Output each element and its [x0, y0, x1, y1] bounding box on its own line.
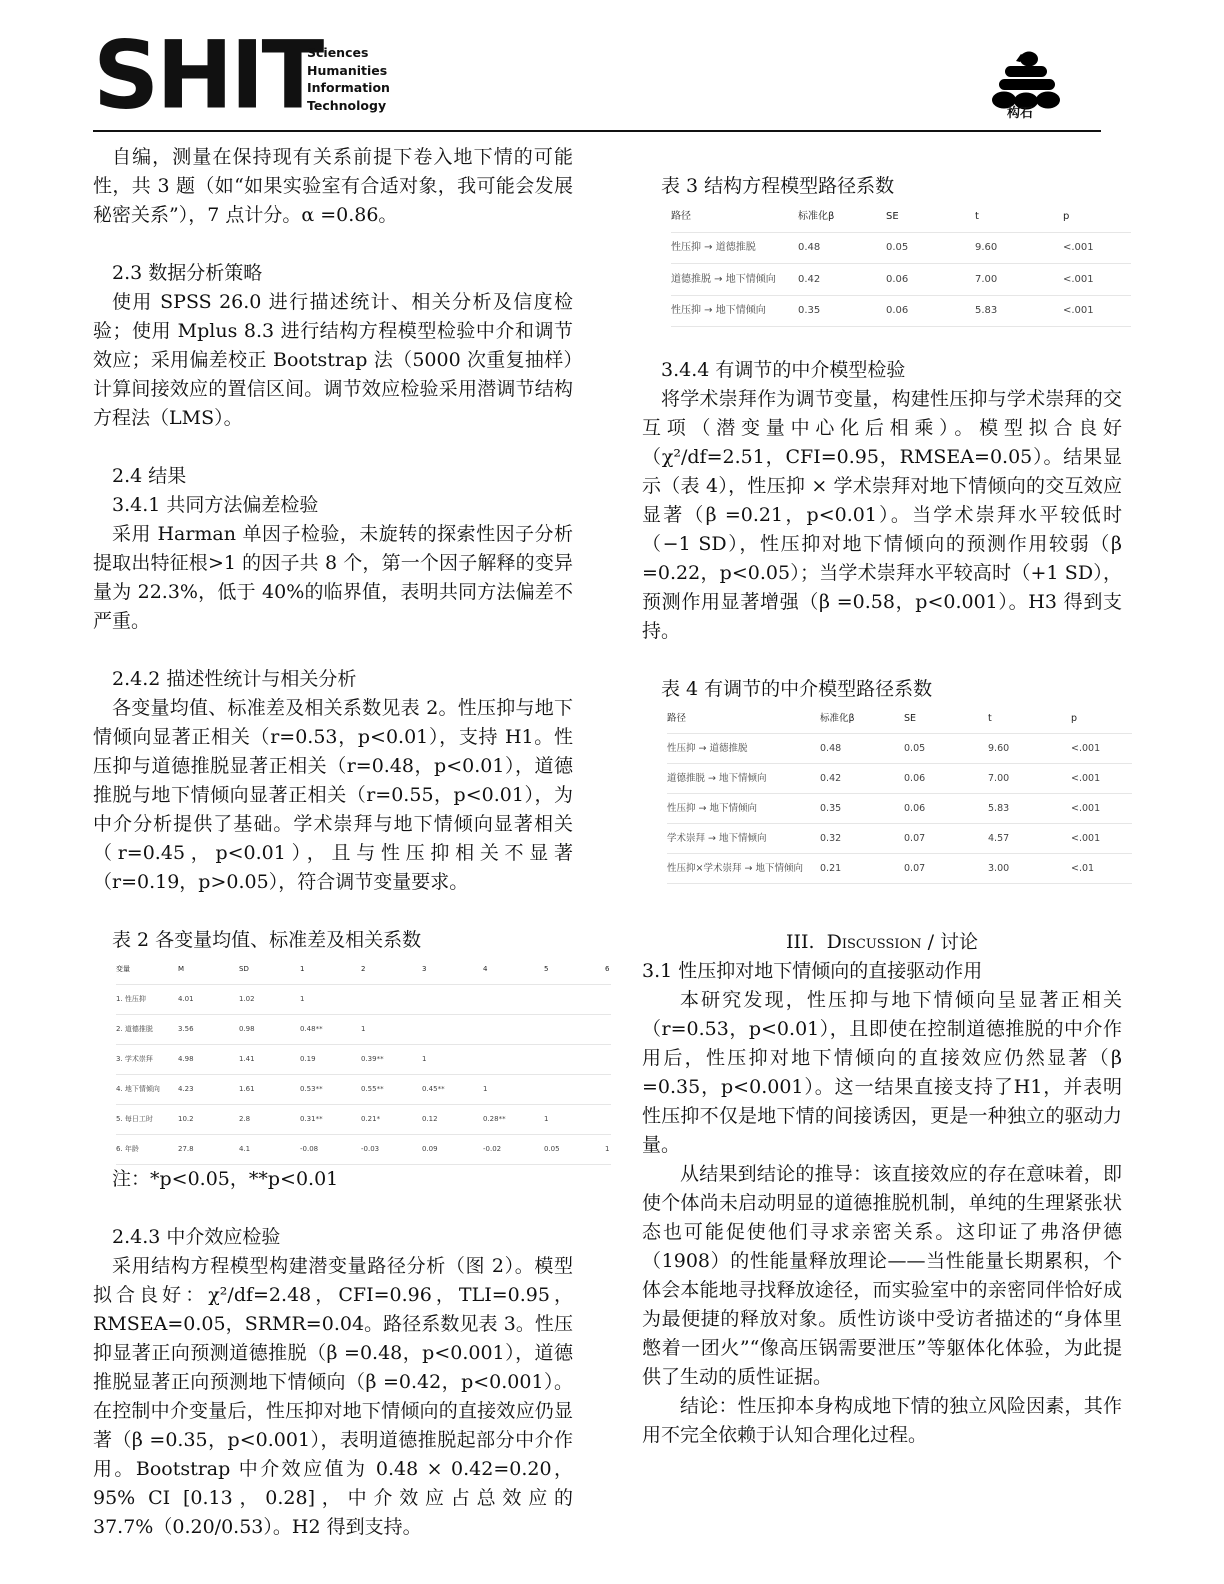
table-cell: 3.00: [988, 854, 1071, 884]
table-cell: 9.60: [988, 734, 1071, 764]
table-cell: 性压抑 → 道德推脱: [671, 232, 798, 264]
logo-subtitle-line: Information: [307, 79, 390, 97]
table-title: 表 3 结构方程模型路径系数: [642, 172, 1122, 201]
section-heading: 2.3 数据分析策略: [93, 259, 573, 288]
table-cell: 4. 地下情倾向: [116, 1075, 178, 1105]
table-cell: 2. 道德推脱: [116, 1015, 178, 1045]
logo-subtitle-line: Humanities: [307, 62, 390, 80]
table-cell: [544, 1075, 605, 1105]
table-row: 性压抑 → 地下情倾向0.350.065.83<.001: [671, 295, 1131, 327]
discussion-heading: III. Discussion / 讨论: [642, 928, 1122, 957]
table-cell: <.001: [1063, 295, 1131, 327]
table-cell: [605, 1015, 611, 1045]
section-numeral: III.: [786, 931, 815, 953]
column-header: 1: [300, 955, 361, 985]
table-cell: 0.19: [300, 1045, 361, 1075]
table-cell: 1: [483, 1075, 544, 1105]
table-header-row: 路径 标准化β SE t p: [667, 704, 1132, 734]
table-cell: 7.00: [988, 764, 1071, 794]
table-cell: 0.53**: [300, 1075, 361, 1105]
table-cell: <.001: [1071, 764, 1132, 794]
table-cell: 5.83: [975, 295, 1063, 327]
table-row: 学术崇拜 → 地下情倾向0.320.074.57<.001: [667, 824, 1132, 854]
table-cell: 性压抑×学术崇拜 → 地下情倾向: [667, 854, 820, 884]
table-cell: 4.98: [178, 1045, 239, 1075]
table-cell: [361, 985, 422, 1015]
table-cell: [605, 1075, 611, 1105]
column-header: M: [178, 955, 239, 985]
table-row: 性压抑×学术崇拜 → 地下情倾向0.210.073.00<.01: [667, 854, 1132, 884]
table-cell: 0.07: [904, 854, 988, 884]
column-header: 路径: [671, 201, 798, 232]
table-cell: [483, 1015, 544, 1045]
table-row: 5. 每日工时10.22.80.31**0.21*0.120.28**1: [116, 1105, 611, 1135]
logo-subtitle-line: Sciences: [307, 44, 390, 62]
table-cell: 1.41: [239, 1045, 300, 1075]
paragraph: 使用 SPSS 26.0 进行描述统计、相关分析及信度检验；使用 Mplus 8…: [93, 288, 573, 433]
column-header: 路径: [667, 704, 820, 734]
table-title: 表 4 有调节的中介模型路径系数: [642, 675, 1122, 704]
table-cell: [483, 1045, 544, 1075]
path-coefficient-table: 路径 标准化β SE t p 性压抑 → 道德推脱0.480.059.60<.0…: [671, 201, 1131, 327]
table-cell: 0.07: [904, 824, 988, 854]
journal-logo: SHIT: [93, 35, 321, 117]
table-cell: [422, 1015, 483, 1045]
column-header: 变量: [116, 955, 178, 985]
paragraph: 结论：性压抑本身构成地下情的独立风险因素，其作用不完全依赖于认知合理化过程。: [642, 1392, 1122, 1450]
column-header: 标准化β: [820, 704, 904, 734]
column-header: 2: [361, 955, 422, 985]
brand-name: 构石: [1007, 102, 1033, 121]
column-header: t: [975, 201, 1063, 232]
left-column: 自编，测量在保持现有关系前提下卷入地下情的可能性，共 3 题（如“如果实验室有合…: [93, 143, 573, 1542]
table-cell: 0.06: [886, 264, 975, 296]
table-cell: 1: [605, 1135, 611, 1165]
table-cell: 0.48**: [300, 1015, 361, 1045]
table-cell: <.001: [1071, 794, 1132, 824]
table-row: 6. 年龄27.84.1-0.08-0.030.09-0.020.051: [116, 1135, 611, 1165]
table-cell: [544, 1015, 605, 1045]
section-heading: 2.4 结果: [93, 462, 573, 491]
table-cell: 0.42: [820, 764, 904, 794]
table-cell: [605, 1105, 611, 1135]
table-cell: [422, 985, 483, 1015]
table-cell: -0.02: [483, 1135, 544, 1165]
table-header-row: 变量 M SD 1 2 3 4 5 6: [116, 955, 611, 985]
paragraph: 将学术崇拜作为调节变量，构建性压抑与学术崇拜的交互项（潜变量中心化后相乘）。模型…: [642, 385, 1122, 646]
column-header: SE: [886, 201, 975, 232]
table-cell: 0.28**: [483, 1105, 544, 1135]
table-cell: 0.48: [798, 232, 886, 264]
column-header: p: [1071, 704, 1132, 734]
table-cell: 0.05: [886, 232, 975, 264]
table-cell: <.001: [1063, 232, 1131, 264]
table-cell: 0.06: [904, 764, 988, 794]
table-row: 道德推脱 → 地下情倾向0.420.067.00<.001: [667, 764, 1132, 794]
table-row: 道德推脱 → 地下情倾向0.420.067.00<.001: [671, 264, 1131, 296]
column-header: 4: [483, 955, 544, 985]
table-row: 性压抑 → 道德推脱0.480.059.60<.001: [671, 232, 1131, 264]
table-cell: [544, 1045, 605, 1075]
table-cell: 0.39**: [361, 1045, 422, 1075]
table-cell: 0.05: [544, 1135, 605, 1165]
table-cell: 0.09: [422, 1135, 483, 1165]
paragraph: 采用 Harman 单因子检验，未旋转的探索性因子分析提取出特征根>1 的因子共…: [93, 520, 573, 636]
table-header-row: 路径 标准化β SE t p: [671, 201, 1131, 232]
table-cell: 0.35: [820, 794, 904, 824]
moderated-mediation-table: 路径 标准化β SE t p 性压抑 → 道德推脱0.480.059.60<.0…: [667, 704, 1132, 884]
table-row: 3. 学术崇拜4.981.410.190.39**1: [116, 1045, 611, 1075]
table-cell: 1: [544, 1105, 605, 1135]
table-cell: 1: [422, 1045, 483, 1075]
table-cell: 性压抑 → 地下情倾向: [671, 295, 798, 327]
table-cell: 0.32: [820, 824, 904, 854]
table-cell: 3. 学术崇拜: [116, 1045, 178, 1075]
logo-subtitle-line: Technology: [307, 97, 390, 115]
correlation-table: 变量 M SD 1 2 3 4 5 6 1. 性压抑4.011.0212. 道德…: [116, 955, 611, 1165]
table-cell: 3.56: [178, 1015, 239, 1045]
table-row: 1. 性压抑4.011.021: [116, 985, 611, 1015]
table-cell: 1.02: [239, 985, 300, 1015]
table-cell: [483, 985, 544, 1015]
column-header: 3: [422, 955, 483, 985]
table-row: 4. 地下情倾向4.231.610.53**0.55**0.45**1: [116, 1075, 611, 1105]
column-header: 5: [544, 955, 605, 985]
table-cell: 1: [361, 1015, 422, 1045]
table-cell: 4.23: [178, 1075, 239, 1105]
section-heading: 2.4.3 中介效应检验: [93, 1223, 573, 1252]
table-cell: 性压抑 → 道德推脱: [667, 734, 820, 764]
table-cell: 0.21*: [361, 1105, 422, 1135]
column-header: 标准化β: [798, 201, 886, 232]
paragraph: 本研究发现，性压抑与地下情倾向呈显著正相关（r=0.53，p<0.01），且即使…: [642, 986, 1122, 1160]
table-cell: 性压抑 → 地下情倾向: [667, 794, 820, 824]
section-heading: 3.4.1 共同方法偏差检验: [93, 491, 573, 520]
table-title: 表 2 各变量均值、标准差及相关系数: [93, 926, 573, 955]
table-cell: -0.08: [300, 1135, 361, 1165]
table-cell: 0.48: [820, 734, 904, 764]
table-cell: 27.8: [178, 1135, 239, 1165]
table-cell: 学术崇拜 → 地下情倾向: [667, 824, 820, 854]
section-title: Discussion: [827, 931, 922, 953]
table-cell: <.001: [1063, 264, 1131, 296]
table-cell: -0.03: [361, 1135, 422, 1165]
table-cell: 0.35: [798, 295, 886, 327]
table-cell: 0.45**: [422, 1075, 483, 1105]
journal-logo-subtitle: Sciences Humanities Information Technolo…: [307, 44, 390, 114]
table-note: 注：*p<0.05，**p<0.01: [93, 1165, 573, 1194]
column-header: 6: [605, 955, 611, 985]
table-cell: 7.00: [975, 264, 1063, 296]
table-cell: <.001: [1071, 824, 1132, 854]
paragraph: 自编，测量在保持现有关系前提下卷入地下情的可能性，共 3 题（如“如果实验室有合…: [93, 143, 573, 230]
right-column: 表 3 结构方程模型路径系数 路径 标准化β SE t p 性压抑 → 道德推脱…: [642, 143, 1122, 1450]
table-cell: 6. 年龄: [116, 1135, 178, 1165]
table-cell: [605, 1045, 611, 1075]
section-heading: 3.1 性压抑对地下情倾向的直接驱动作用: [642, 957, 1122, 986]
table-cell: <.001: [1071, 734, 1132, 764]
column-header: SE: [904, 704, 988, 734]
journal-header: SHIT Sciences Humanities Information Tec…: [93, 40, 1103, 130]
table-cell: 2.8: [239, 1105, 300, 1135]
table-cell: 0.98: [239, 1015, 300, 1045]
table-cell: 0.42: [798, 264, 886, 296]
paragraph: 从结果到结论的推导：该直接效应的存在意味着，即使个体尚未启动明显的道德推脱机制，…: [642, 1160, 1122, 1392]
table-row: 性压抑 → 道德推脱0.480.059.60<.001: [667, 734, 1132, 764]
table-cell: 10.2: [178, 1105, 239, 1135]
table-row: 性压抑 → 地下情倾向0.350.065.83<.001: [667, 794, 1132, 824]
table-cell: 4.01: [178, 985, 239, 1015]
table-cell: 5.83: [988, 794, 1071, 824]
table-cell: 5. 每日工时: [116, 1105, 178, 1135]
table-cell: 4.57: [988, 824, 1071, 854]
column-header: t: [988, 704, 1071, 734]
table-cell: 0.21: [820, 854, 904, 884]
section-heading: 2.4.2 描述性统计与相关分析: [93, 665, 573, 694]
table-cell: [544, 985, 605, 1015]
table-cell: 0.31**: [300, 1105, 361, 1135]
table-cell: 0.55**: [361, 1075, 422, 1105]
paragraph: 各变量均值、标准差及相关系数见表 2。性压抑与地下情倾向显著正相关（r=0.53…: [93, 694, 573, 897]
table-cell: 0.06: [886, 295, 975, 327]
table-cell: 1. 性压抑: [116, 985, 178, 1015]
table-cell: 0.06: [904, 794, 988, 824]
section-title-cn: / 讨论: [928, 931, 978, 953]
table-cell: 9.60: [975, 232, 1063, 264]
table-cell: 道德推脱 → 地下情倾向: [667, 764, 820, 794]
column-header: p: [1063, 201, 1131, 232]
paragraph: 采用结构方程模型构建潜变量路径分析（图 2）。模型拟合良好：χ²/df=2.48…: [93, 1252, 573, 1542]
column-header: SD: [239, 955, 300, 985]
table-cell: 1: [300, 985, 361, 1015]
table-cell: <.01: [1071, 854, 1132, 884]
table-cell: 道德推脱 → 地下情倾向: [671, 264, 798, 296]
section-heading: 3.4.4 有调节的中介模型检验: [642, 356, 1122, 385]
table-cell: 0.05: [904, 734, 988, 764]
table-cell: 0.12: [422, 1105, 483, 1135]
table-cell: [605, 985, 611, 1015]
table-cell: 4.1: [239, 1135, 300, 1165]
header-divider: [93, 130, 1101, 132]
table-row: 2. 道德推脱3.560.980.48**1: [116, 1015, 611, 1045]
table-cell: 1.61: [239, 1075, 300, 1105]
